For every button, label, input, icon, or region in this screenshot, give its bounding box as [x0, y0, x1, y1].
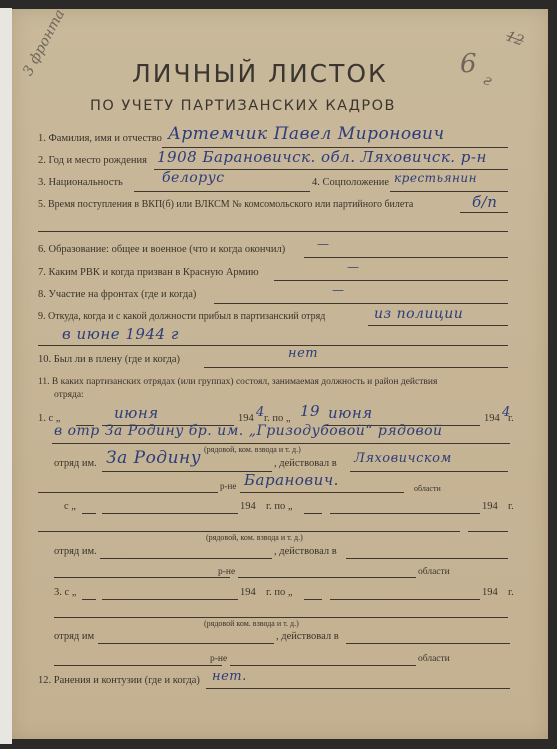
entry1-region-label: области — [414, 484, 441, 493]
entry1-year-end: г. — [508, 413, 514, 424]
entry3-district-line-b — [230, 665, 416, 666]
field-value-name[interactable]: Артемчик Павел Миронович — [168, 124, 445, 144]
scanner-edge — [0, 8, 12, 744]
corner-mark-number: 6 — [460, 49, 477, 79]
field-line-arrival — [368, 325, 508, 326]
field-label-fronts: 8. Участие на фронтах (где и когда) — [38, 289, 196, 300]
entry3-district-label: р-не — [210, 654, 227, 664]
entry2-to-day-line — [304, 513, 322, 514]
field-line-captivity — [204, 367, 508, 368]
entry2-from-month-line — [102, 513, 238, 514]
entry2-detachment-label: отряд им. — [54, 546, 97, 557]
field-value-wounds[interactable]: нет. — [212, 669, 247, 684]
entry2-position-line-b — [468, 531, 508, 532]
field-line-fronts — [214, 303, 508, 304]
entry2-from-year: 194 — [240, 501, 256, 512]
entry3-detachment-label: отряд им — [54, 631, 94, 642]
field-label-social-status: 4. Соцположение — [312, 177, 389, 188]
field-label-arrival: 9. Откуда, когда и с какой должности при… — [38, 311, 325, 322]
field-value-nationality[interactable]: белорус — [162, 170, 225, 186]
field-line-military-draft — [274, 280, 508, 281]
entry1-district-line-b — [240, 492, 404, 493]
entry1-detachment-label: отряд им. — [54, 458, 97, 469]
field-label-wounds: 12. Ранения и контузии (где и когда) — [38, 675, 200, 686]
entry1-from-month[interactable]: июня — [114, 404, 159, 422]
entry2-region-label: области — [418, 567, 450, 577]
field-value-arrival[interactable]: из полиции — [374, 306, 463, 322]
entry3-position-hint: (рядовой ком. взвода и т. д.) — [204, 619, 299, 628]
entry2-acted-line — [346, 558, 508, 559]
entry3-acted-line — [346, 643, 510, 644]
entry1-district-label: р-не — [220, 481, 236, 491]
entry2-to-month-line — [330, 513, 480, 514]
field-value-education[interactable]: — — [317, 237, 330, 251]
entry2-detachment-line — [100, 558, 272, 559]
corner-mark-crossed: 12 — [504, 28, 526, 49]
field-label-party: 5. Время поступления в ВКП(б) или ВЛКСМ … — [38, 199, 413, 210]
field-value-birth[interactable]: 1908 Барановичск. обл. Ляховичск. р-н — [157, 148, 487, 166]
entry1-to-month[interactable]: июня — [328, 404, 373, 422]
field-value-fronts[interactable]: — — [332, 283, 345, 297]
entry3-to-month-line — [330, 599, 480, 600]
field-label-detachments-2: отряда: — [54, 390, 84, 400]
field-label-birth: 2. Год и место рождения — [38, 155, 147, 166]
field-label-captivity: 10. Был ли в плену (где и когда) — [38, 354, 180, 365]
field-value-party[interactable]: б/п — [472, 193, 497, 211]
entry3-to-day-line — [304, 599, 322, 600]
field-line-wounds — [206, 688, 510, 689]
field-line-education — [304, 257, 508, 258]
entry2-acted-label: , действовал в — [274, 546, 337, 557]
field-line-nationality — [134, 191, 310, 192]
entry3-to-word: г. по „ — [266, 587, 293, 598]
entry2-district-line-a — [54, 577, 230, 578]
entry1-acted[interactable]: Ляховичском — [354, 451, 452, 466]
field-label-education: 6. Образование: общее и военное (что и к… — [38, 244, 285, 255]
entry2-district-line-b — [238, 577, 416, 578]
entry3-position-line — [54, 617, 508, 618]
field-line-social-status — [390, 191, 508, 192]
entry2-to-word: г. по „ — [266, 501, 293, 512]
entry1-detachment[interactable]: За Родину — [106, 448, 201, 468]
entry2-to-year: 194 — [482, 501, 498, 512]
field-value-military-draft[interactable]: — — [347, 260, 360, 274]
field-value-social-status[interactable]: крестьянин — [394, 171, 477, 185]
entry3-detachment-line — [98, 643, 274, 644]
page-subtitle: ПО УЧЕТУ ПАРТИЗАНСКИХ КАДРОВ — [90, 98, 396, 114]
entry3-region-label: области — [418, 654, 450, 664]
entry2-year-end: г. — [508, 501, 514, 512]
entry1-acted-line — [350, 471, 508, 472]
margin-note: 3 фронта — [20, 7, 68, 79]
personal-record-sheet: 3 фронта 6 г 12 ЛИЧНЫЙ ЛИСТОК ПО УЧЕТУ П… — [12, 9, 548, 739]
entry1-position-hint: (рядовой, ком. взвода и т. д.) — [204, 445, 301, 454]
entry2-position-line — [38, 531, 460, 532]
entry1-district-line-a — [38, 492, 218, 493]
entry3-num: 3. с „ — [54, 587, 76, 598]
entry1-position[interactable]: в отр За Родину бр. им. „Гризодубовой“ р… — [54, 423, 443, 439]
entry1-district[interactable]: Баранович. — [244, 471, 339, 489]
entry2-district-label: р-не — [218, 567, 235, 577]
entry3-acted-label: , действовал в — [276, 631, 339, 642]
entry2-from-day-line — [82, 513, 96, 514]
entry1-position-line — [52, 443, 510, 444]
field-label-nationality: 3. Национальность — [38, 177, 123, 188]
field-line-party-2 — [38, 231, 508, 232]
entry3-from-day-line — [82, 599, 96, 600]
field-value-captivity[interactable]: нет — [288, 346, 318, 361]
entry3-from-year: 194 — [240, 587, 256, 598]
entry2-position-hint: (рядовой, ком. взвода и т. д.) — [206, 533, 303, 542]
page-title: ЛИЧНЫЙ ЛИСТОК — [132, 59, 388, 88]
field-line-party — [460, 212, 508, 213]
entry3-district-line-a — [54, 665, 222, 666]
field-label-detachments: 11. В каких партизанских отрядах (или гр… — [38, 377, 437, 387]
field-line-arrival-2 — [38, 345, 508, 346]
entry2-num: с „ — [64, 501, 76, 512]
field-value-arrival-date[interactable]: в июне 1944 г — [62, 325, 179, 343]
entry1-to-year: 194 — [484, 413, 500, 424]
entry3-to-year: 194 — [482, 587, 498, 598]
entry3-year-end: г. — [508, 587, 514, 598]
field-label-name: 1. Фамилия, имя и отчество — [38, 133, 162, 144]
corner-mark-letter: г — [480, 70, 496, 89]
entry3-from-month-line — [102, 599, 238, 600]
field-label-military-draft: 7. Каким РВК и когда призван в Красную А… — [38, 267, 259, 278]
entry1-acted-label: , действовал в — [274, 458, 337, 469]
entry1-to-day[interactable]: 19 — [300, 402, 320, 420]
